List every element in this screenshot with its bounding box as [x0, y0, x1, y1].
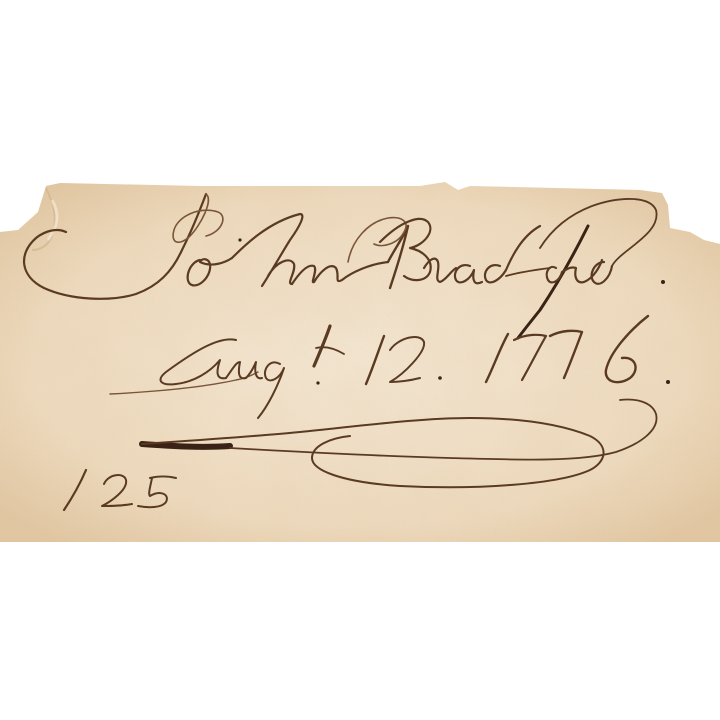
aged-paper-document — [0, 0, 720, 720]
document-viewer: John Bradford. Aug^t 12. 1776. 125 — [0, 0, 720, 720]
